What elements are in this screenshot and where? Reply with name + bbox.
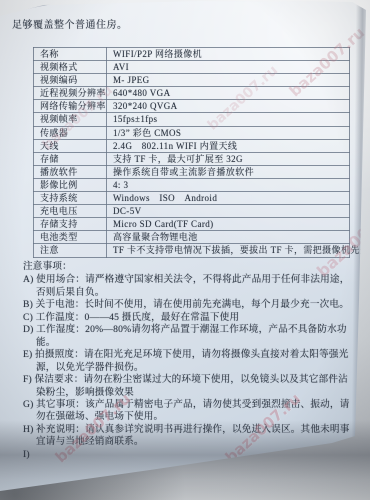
photo-of-spec-sheet: 足够覆盖整个普通住房。 名称WIFI/P2P 网络摄像机视频格式AVI视频编码M… bbox=[0, 0, 370, 500]
spec-row: 电池类型高容量聚合物锂电池 bbox=[34, 231, 350, 244]
spec-label: 视频帧率 bbox=[34, 113, 107, 126]
spec-row: 支持系统Windows ISO Android bbox=[34, 192, 350, 205]
note-item: H) 补充说明：请认真参详究说明书再进行操作，以免进入误区。其他未明事宜请与当地… bbox=[23, 424, 357, 449]
spec-value: WIFI/P2P 网络摄像机 bbox=[107, 48, 350, 61]
intro-line: 足够覆盖整个普通住房。 bbox=[12, 16, 128, 31]
spec-value: 高容量聚合物锂电池 bbox=[107, 231, 350, 244]
spec-row: 注意TF 卡不支持带电情况下拔插，要拔出 TF 卡，需把摄像机先关机 bbox=[34, 244, 350, 257]
spec-value: 1/3” 彩色 CMOS bbox=[107, 126, 350, 139]
spec-label: 电池类型 bbox=[34, 231, 107, 244]
spec-table: 名称WIFI/P2P 网络摄像机视频格式AVI视频编码M- JPEG近程视频分辨… bbox=[33, 47, 350, 258]
notes-heading: 注意事项： bbox=[23, 261, 357, 273]
note-item: I) bbox=[23, 449, 357, 461]
spec-value: DC-5V bbox=[107, 205, 350, 218]
spec-row: 播放软件操作系统自带或主流影音播放软件 bbox=[34, 165, 350, 178]
spec-value: Micro SD Card(TF Card) bbox=[107, 218, 350, 231]
spec-row: 充电电压DC-5V bbox=[34, 205, 350, 218]
spec-value: 2.4G 802.11n WIFI 内置天线 bbox=[107, 139, 350, 152]
spec-row: 存储支持 TF 卡，最大可扩展至 32G bbox=[34, 152, 350, 165]
spec-row: 视频编码M- JPEG bbox=[34, 74, 350, 87]
spec-row: 视频格式AVI bbox=[34, 61, 350, 74]
note-item: F) 保洁要求：请勿在粉尘密谋过大的环境下使用，以免镜头以及其它部件沾染粉尘，影… bbox=[23, 374, 357, 399]
spec-value: 15fps±1fps bbox=[107, 113, 350, 126]
spec-label: 视频格式 bbox=[34, 61, 107, 74]
notes-section: 注意事项： A) 使用场合：请严格遵守国家相关法令，不得将此产品用于任何非法用途… bbox=[23, 261, 357, 461]
spec-value: TF 卡不支持带电情况下拔插，要拔出 TF 卡，需把摄像机先关机 bbox=[107, 244, 350, 257]
note-item: E) 拍摄照度：请在阳光充足环境下使用，请勿将摄像头直接对着太阳等强光源，以免光… bbox=[23, 349, 357, 374]
paper-right-edge-shadow bbox=[351, 0, 368, 460]
paper-crease bbox=[0, 1, 65, 15]
spec-label: 传感器 bbox=[34, 126, 107, 139]
spec-label: 支持系统 bbox=[34, 192, 107, 205]
spec-label: 天线 bbox=[34, 139, 107, 152]
spec-row: 传感器1/3” 彩色 CMOS bbox=[34, 126, 350, 139]
paper-page: 足够覆盖整个普通住房。 名称WIFI/P2P 网络摄像机视频格式AVI视频编码M… bbox=[0, 0, 370, 500]
spec-label: 充电电压 bbox=[34, 205, 107, 218]
spec-value: M- JPEG bbox=[107, 74, 350, 87]
spec-value: 支持 TF 卡，最大可扩展至 32G bbox=[107, 152, 350, 165]
spec-value: AVI bbox=[107, 61, 350, 74]
spec-row: 存储支持Micro SD Card(TF Card) bbox=[34, 218, 350, 231]
spec-row: 视频帧率15fps±1fps bbox=[34, 113, 350, 126]
spec-label: 视频编码 bbox=[34, 74, 107, 87]
note-item: C) 工作温度：0——45 摄氏度，最好在常温下使用 bbox=[23, 312, 357, 324]
note-item: G) 其它事项：该产品属于精密电子产品，请勿使其受到强烈撞击、振动，请勿在强磁场… bbox=[23, 399, 357, 424]
spec-label: 网络传输分辨率 bbox=[34, 100, 107, 113]
spec-row: 网络传输分辨率320*240 QVGA bbox=[34, 100, 350, 113]
spec-value: 320*240 QVGA bbox=[107, 100, 350, 113]
spec-label: 播放软件 bbox=[34, 165, 107, 178]
spec-value: 4: 3 bbox=[107, 178, 350, 191]
spec-row: 天线2.4G 802.11n WIFI 内置天线 bbox=[34, 139, 350, 152]
spec-label: 注意 bbox=[34, 244, 107, 257]
spec-label: 名称 bbox=[34, 48, 107, 61]
note-item: B) 关于电池：长时间不使用，请在使用前先充满电，每个月最少充一次电。 bbox=[23, 299, 357, 311]
spec-row: 名称WIFI/P2P 网络摄像机 bbox=[34, 48, 350, 61]
note-item: A) 使用场合：请严格遵守国家相关法令，不得将此产品用于任何非法用途，否则后果自… bbox=[23, 274, 357, 299]
spec-label: 存储 bbox=[34, 152, 107, 165]
spec-value: Windows ISO Android bbox=[107, 192, 350, 205]
notes-list: A) 使用场合：请严格遵守国家相关法令，不得将此产品用于任何非法用途，否则后果自… bbox=[23, 274, 357, 461]
spec-row: 近程视频分辨率640*480 VGA bbox=[34, 87, 350, 100]
spec-row: 影像比例4: 3 bbox=[34, 178, 350, 191]
spec-label: 存储支持 bbox=[34, 218, 107, 231]
spec-label: 近程视频分辨率 bbox=[34, 87, 107, 100]
spec-value: 操作系统自带或主流影音播放软件 bbox=[107, 165, 350, 178]
spec-label: 影像比例 bbox=[34, 178, 107, 191]
note-item: D) 工作湿度：20%—80%请勿将产品置于潮湿工作环境，产品不具备防水功能。 bbox=[23, 324, 357, 349]
spec-value: 640*480 VGA bbox=[107, 87, 350, 100]
